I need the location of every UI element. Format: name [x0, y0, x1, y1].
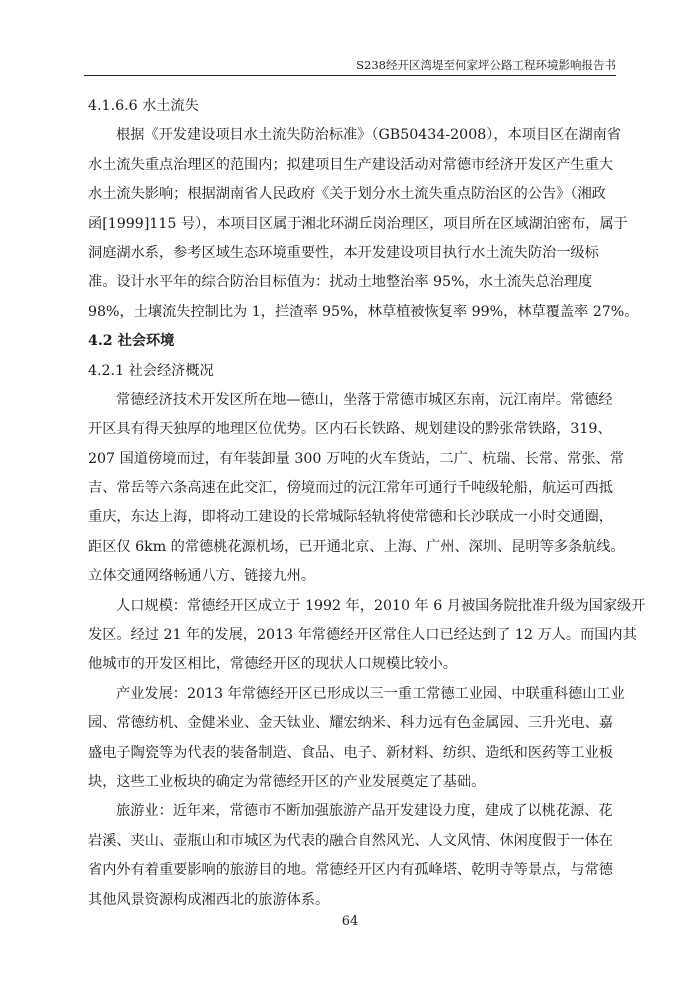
text-line: 水土流失影响；根据湖南省人民政府《关于划分水土流失重点防治区的公告》（湘政 [88, 180, 616, 209]
text-line: 他城市的开发区相比，常德经开区的现状人口规模比较小。 [88, 650, 616, 679]
paragraph-soil-erosion: 根据《开发建设项目水土流失防治标准》（GB50434-2008），本项目区在湖南… [88, 121, 616, 327]
running-header: S238经开区湾堤至何家坪公路工程环境影响报告书 [84, 58, 616, 76]
report-title: S238经开区湾堤至何家坪公路工程环境影响报告书 [356, 58, 616, 72]
text-line: 洞庭湖水系，参考区域生态环境重要性，本开发建设项目执行水土流失防治一级标 [88, 239, 616, 268]
text-line: 吉、常岳等六条高速在此交汇，傍境而过的沅江常年可通行千吨级轮船，航运可西抵 [88, 474, 616, 503]
paragraph-economy-overview: 常德经济技术开发区所在地—德山，坐落于常德市城区东南，沅江南岸。常德经 开区具有… [88, 386, 616, 592]
section-heading-4-1-6-6: 4.1.6.6 水土流失 [88, 92, 616, 121]
section-heading-4-2: 4.2 社会环境 [88, 327, 616, 356]
text-line: 函[1999]115 号），本项目区属于湘北环湖丘岗治理区，项目所在区域湖泊密布… [88, 210, 616, 239]
text-line: 产业发展：2013 年常德经开区已形成以三一重工常德工业园、中联重科德山工业 [88, 680, 616, 709]
text-line: 207 国道傍境而过，有年装卸量 300 万吨的火车货站，二广、杭瑞、长常、常张… [88, 445, 616, 474]
paragraph-tourism: 旅游业：近年来，常德市不断加强旅游产品开发建设力度，建成了以桃花源、花 岩溪、夹… [88, 797, 616, 915]
text-line: 立体交通网络畅通八方、链接九州。 [88, 562, 616, 591]
text-line: 重庆，东达上海，即将动工建设的长常城际轻轨将使常德和长沙联成一小时交通圈， [88, 503, 616, 532]
text-line: 水土流失重点治理区的范围内；拟建项目生产建设活动对常德市经济开发区产生重大 [88, 151, 616, 180]
text-line: 距区仅 6km 的常德桃花源机场，已开通北京、上海、广州、深圳、昆明等多条航线。 [88, 533, 616, 562]
text-line: 人口规模：常德经开区成立于 1992 年，2010 年 6 月被国务院批准升级为… [88, 592, 616, 621]
paragraph-population: 人口规模：常德经开区成立于 1992 年，2010 年 6 月被国务院批准升级为… [88, 592, 616, 680]
text-line: 其他风景资源构成湘西北的旅游体系。 [88, 886, 616, 915]
paragraph-industry: 产业发展：2013 年常德经开区已形成以三一重工常德工业园、中联重科德山工业 园… [88, 680, 616, 798]
text-line: 98%，土壤流失控制比为 1，拦渣率 95%，林草植被恢复率 99%，林草覆盖率… [88, 298, 616, 327]
page-number: 64 [0, 914, 700, 929]
text-line: 盛电子陶瓷等为代表的装备制造、食品、电子、新材料、纺织、造纸和医药等工业板 [88, 739, 616, 768]
text-line: 旅游业：近年来，常德市不断加强旅游产品开发建设力度，建成了以桃花源、花 [88, 797, 616, 826]
text-line: 开区具有得天独厚的地理区位优势。区内石长铁路、规划建设的黔张常铁路，319、 [88, 415, 616, 444]
section-heading-4-2-1: 4.2.1 社会经济概况 [88, 357, 616, 386]
text-line: 常德经济技术开发区所在地—德山，坐落于常德市城区东南，沅江南岸。常德经 [88, 386, 616, 415]
document-body: 4.1.6.6 水土流失 根据《开发建设项目水土流失防治标准》（GB50434-… [88, 92, 616, 915]
text-line: 省内外有着重要影响的旅游目的地。常德经开区内有孤峰塔、乾明寺等景点，与常德 [88, 856, 616, 885]
text-line: 块，这些工业板块的确定为常德经开区的产业发展奠定了基础。 [88, 768, 616, 797]
text-line: 岩溪、夹山、壶瓶山和市城区为代表的融合自然风光、人文风情、休闲度假于一体在 [88, 827, 616, 856]
text-line: 发区。经过 21 年的发展，2013 年常德经开区常住人口已经达到了 12 万人… [88, 621, 616, 650]
text-line: 园、常德纺机、金健米业、金天钛业、耀宏纳米、科力远有色金属园、三升光电、嘉 [88, 709, 616, 738]
text-line: 准。设计水平年的综合防治目标值为：扰动土地整治率 95%，水土流失总治理度 [88, 268, 616, 297]
text-line: 根据《开发建设项目水土流失防治标准》（GB50434-2008），本项目区在湖南… [88, 121, 616, 150]
